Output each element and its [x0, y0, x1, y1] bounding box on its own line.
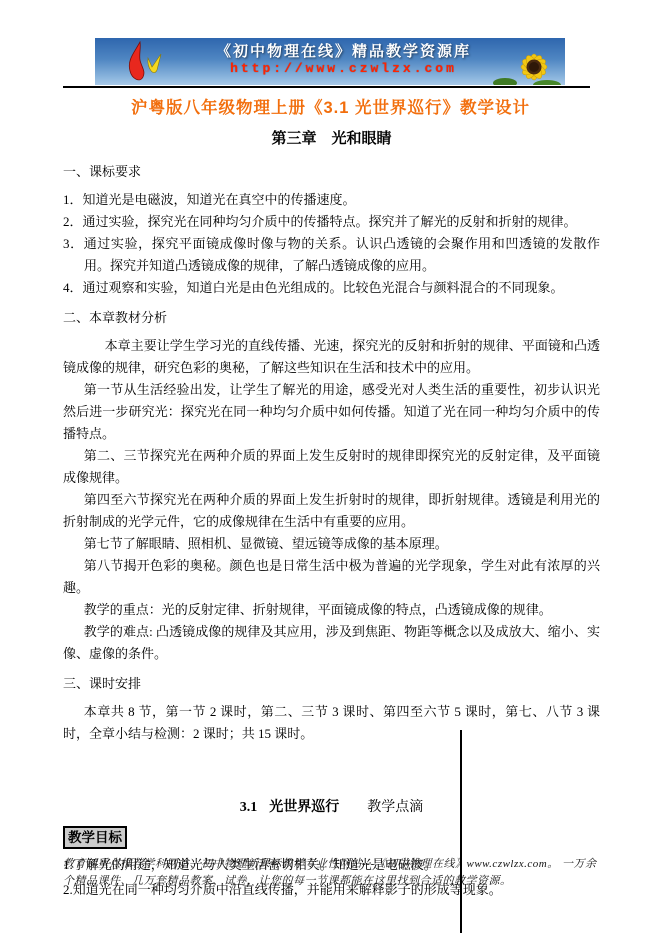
section3-heading: 三、课时安排 [63, 673, 600, 695]
site-logo-icon [123, 41, 165, 83]
paragraph: 本章主要让学生学习光的直线传播、光速，探究光的反射和折射的规律、平面镜和凸透镜成… [63, 335, 600, 379]
document-body: 第三章 光和眼睛 一、课标要求 1．知道光是电磁波，知道光在真空中的传播速度。 … [63, 128, 600, 902]
paragraph: 第二、三节探究光在两种介质的界面上发生反射时的规律即探究光的反射定律，及平面镜成… [63, 445, 600, 489]
paragraph: 教学的重点：光的反射定律、折射规律，平面镜成像的特点，凸透镜成像的规律。 [63, 599, 600, 621]
lesson-note: 教学点滴 [367, 800, 423, 815]
paragraph: 第四至六节探究光在两种介质的界面上发生折射时的规律，即折射规律。透镜是利用光的折… [63, 489, 600, 533]
teaching-goals-label: 教学目标 [63, 826, 127, 849]
document-title: 沪粤版八年级物理上册《3.1 光世界巡行》教学设计 [0, 94, 661, 118]
banner-divider [63, 86, 590, 88]
column-divider-line [460, 730, 462, 933]
paragraph: 第一节从生活经验出发，让学生了解光的用途，感受光对人类生活的重要性，初步认识光 … [63, 379, 600, 445]
section1-heading: 一、课标要求 [63, 161, 600, 183]
lesson-number: 3.1 [240, 800, 258, 815]
banner-site-url[interactable]: http://www.czwlzx.com [200, 61, 487, 76]
sunflower-image [487, 43, 565, 85]
document-page: 《初中物理在线》精品教学资源库 http://www.czwlzx.com [0, 0, 661, 936]
chapter-heading: 第三章 光和眼睛 [63, 128, 600, 150]
site-banner: 《初中物理在线》精品教学资源库 http://www.czwlzx.com [95, 38, 565, 85]
footer-note: 教育部重点推荐学科网站、初中物理新课标教学专业性网站---《初中物理在线》www… [63, 856, 600, 889]
list-item: 3．通过实验，探究平面镜成像时像与物的关系。认识凸透镜的会聚作用和凹透镜的发散作… [63, 233, 600, 277]
paragraph: 第七节了解眼睛、照相机、显微镜、望远镜等成像的基本原理。 [63, 533, 600, 555]
paragraph: 教学的难点: 凸透镜成像的规律及其应用，涉及到焦距、物距等概念以及成放大、缩小、… [63, 621, 600, 665]
lesson-heading: 3.1光世界巡行教学点滴 [63, 797, 600, 819]
paragraph: 第八节揭开色彩的奥秘。颜色也是日常生活中极为普遍的光学现象，学生对此有浓厚的兴趣… [63, 555, 600, 599]
section2-heading: 二、本章教材分析 [63, 307, 600, 329]
banner-site-name: 《初中物理在线》精品教学资源库 [200, 40, 487, 61]
lesson-title: 光世界巡行 [269, 800, 339, 815]
banner-text: 《初中物理在线》精品教学资源库 http://www.czwlzx.com [200, 40, 487, 76]
paragraph: 本章共 8 节，第一节 2 课时，第二、三节 3 课时、第四至六节 5 课时，第… [63, 701, 600, 745]
list-item: 2．通过实验，探究光在同种均匀介质中的传播特点。探究并了解光的反射和折射的规律。 [63, 211, 600, 233]
list-item: 1．知道光是电磁波，知道光在真空中的传播速度。 [63, 189, 600, 211]
list-item: 4．通过观察和实验，知道白光是由色光组成的。比较色光混合与颜料混合的不同现象。 [63, 277, 600, 299]
